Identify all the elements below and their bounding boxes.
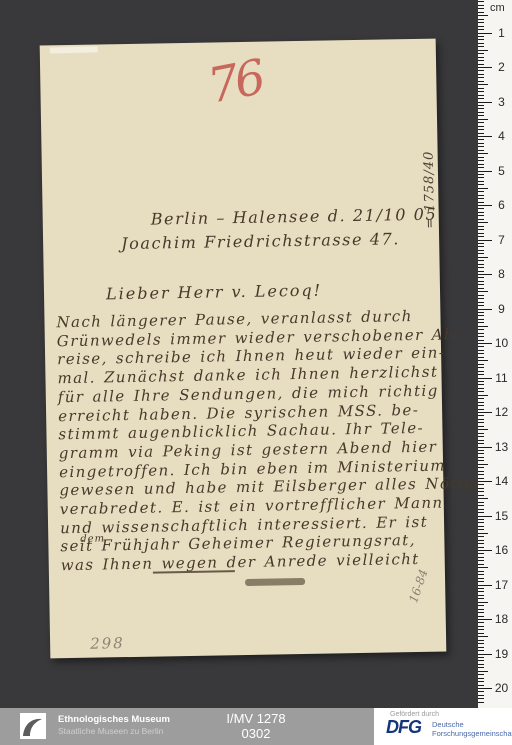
ruler-tick bbox=[478, 384, 484, 385]
paper-edge-sliver bbox=[50, 46, 98, 53]
ruler-tick bbox=[478, 560, 484, 561]
ruler-tick bbox=[478, 495, 484, 496]
ruler-tick bbox=[478, 436, 484, 437]
ruler-number: 10 bbox=[493, 336, 510, 350]
ruler-number: 13 bbox=[493, 440, 510, 454]
ruler-tick bbox=[478, 457, 484, 458]
ruler-tick bbox=[478, 426, 484, 427]
ruler-tick bbox=[478, 660, 484, 661]
ruler-tick bbox=[478, 177, 484, 178]
ruler-tick bbox=[478, 378, 492, 379]
ruler-tick bbox=[478, 340, 484, 341]
ruler-number: 5 bbox=[493, 164, 510, 178]
ruler-tick bbox=[478, 171, 492, 172]
ruler-tick bbox=[478, 250, 484, 251]
ruler-tick bbox=[478, 667, 484, 668]
ruler-tick bbox=[478, 53, 484, 54]
ruler-tick bbox=[478, 219, 484, 220]
ruler-tick bbox=[478, 526, 484, 527]
ruler-tick bbox=[478, 46, 484, 47]
ruler-tick bbox=[478, 574, 484, 575]
ruler-tick bbox=[478, 160, 484, 161]
ruler-tick bbox=[478, 585, 492, 586]
ruler-tick bbox=[478, 277, 484, 278]
ruler-tick bbox=[478, 402, 484, 403]
ruler-tick bbox=[478, 274, 492, 275]
ruler-tick bbox=[478, 591, 484, 592]
ruler-tick bbox=[478, 346, 484, 347]
ruler-tick bbox=[478, 616, 484, 617]
ruler-tick bbox=[478, 702, 484, 703]
ruler-tick bbox=[478, 19, 484, 20]
ruler-tick bbox=[478, 650, 484, 651]
ruler-tick bbox=[478, 519, 484, 520]
ruler-tick bbox=[478, 309, 492, 310]
ruler-tick bbox=[478, 550, 492, 551]
ruler-tick bbox=[478, 371, 484, 372]
ruler-tick bbox=[478, 553, 484, 554]
ruler-tick bbox=[478, 540, 484, 541]
ruler-tick bbox=[478, 633, 484, 634]
ruler-tick bbox=[478, 43, 484, 44]
ruler-tick bbox=[478, 440, 484, 441]
ruler-tick bbox=[478, 243, 484, 244]
ruler-tick bbox=[478, 564, 484, 565]
ruler-tick bbox=[478, 119, 488, 120]
ruler-tick bbox=[478, 419, 484, 420]
ruler-tick bbox=[478, 695, 484, 696]
ruler-number: 9 bbox=[493, 302, 510, 316]
ruler-tick bbox=[478, 57, 484, 58]
ruler-tick bbox=[478, 98, 484, 99]
ruler-tick bbox=[478, 360, 488, 361]
ruler-tick bbox=[478, 305, 484, 306]
ruler-tick bbox=[478, 685, 484, 686]
ruler-tick bbox=[478, 357, 484, 358]
ruler-tick bbox=[478, 226, 484, 227]
ruler-tick bbox=[478, 488, 484, 489]
ruler-tick bbox=[478, 60, 484, 61]
ruler-tick bbox=[478, 453, 484, 454]
ruler-tick bbox=[478, 143, 484, 144]
ruler-number: 12 bbox=[493, 405, 510, 419]
ruler-tick bbox=[478, 516, 492, 517]
ruler-tick bbox=[478, 671, 488, 672]
ruler-tick bbox=[478, 681, 484, 682]
ruler-tick bbox=[478, 184, 484, 185]
ruler-tick bbox=[478, 674, 484, 675]
ruler-tick bbox=[478, 605, 484, 606]
dfg-funding-panel: Gefördert durch DFG Deutsche Forschungsg… bbox=[374, 708, 512, 745]
ruler-tick bbox=[478, 253, 484, 254]
ruler-tick bbox=[478, 88, 484, 89]
ruler-tick bbox=[478, 288, 484, 289]
letter-body: Nach längerer Pause, veranlasst durchGrü… bbox=[56, 306, 453, 575]
ruler-tick bbox=[478, 5, 484, 6]
ruler-tick bbox=[478, 246, 484, 247]
ruler-tick bbox=[478, 74, 484, 75]
ruler-tick bbox=[478, 195, 484, 196]
ruler-tick bbox=[478, 388, 484, 389]
ruler-tick bbox=[478, 284, 484, 285]
ruler-number: 11 bbox=[493, 371, 510, 385]
strikethrough-anrede bbox=[245, 578, 305, 586]
ruler-tick bbox=[478, 443, 484, 444]
ruler-tick bbox=[478, 229, 484, 230]
ruler-tick bbox=[478, 409, 484, 410]
ruler-tick bbox=[478, 126, 484, 127]
ruler-tick bbox=[478, 447, 492, 448]
ruler-tick bbox=[478, 146, 484, 147]
ruler-tick bbox=[478, 39, 484, 40]
ruler-tick bbox=[478, 181, 484, 182]
ruler-tick bbox=[478, 84, 488, 85]
ruler-number: 4 bbox=[493, 129, 510, 143]
ruler-tick bbox=[478, 636, 488, 637]
ruler-tick bbox=[478, 191, 484, 192]
ruler-tick bbox=[478, 543, 484, 544]
ruler-tick bbox=[478, 433, 484, 434]
ruler-tick bbox=[478, 22, 484, 23]
ruler-tick bbox=[478, 654, 492, 655]
ruler-tick bbox=[478, 343, 492, 344]
letter-place-date: Berlin – Halensee d. 21/10 05 bbox=[151, 205, 438, 229]
ruler-tick bbox=[478, 657, 484, 658]
ruler-tick bbox=[478, 240, 492, 241]
ruler-tick bbox=[478, 678, 484, 679]
ruler-tick bbox=[478, 257, 488, 258]
ruler-tick bbox=[478, 64, 484, 65]
letter-address: Joachim Friedrichstrasse 47. bbox=[121, 229, 400, 253]
ruler-number: 19 bbox=[493, 647, 510, 661]
ruler-tick bbox=[478, 484, 484, 485]
ruler-tick bbox=[478, 212, 484, 213]
ruler-number: 16 bbox=[493, 543, 510, 557]
ruler-tick bbox=[478, 302, 484, 303]
pencil-note-bottom-right: 16-84 bbox=[406, 567, 430, 604]
ruler-tick bbox=[478, 67, 492, 68]
ruler-tick bbox=[478, 474, 484, 475]
ruler-tick bbox=[478, 398, 484, 399]
ruler-tick bbox=[478, 536, 484, 537]
ruler-number: 20 bbox=[493, 681, 510, 695]
ruler-number: 18 bbox=[493, 612, 510, 626]
dfg-name-line1: Deutsche bbox=[432, 720, 512, 729]
ruler-tick bbox=[478, 353, 484, 354]
pencil-note-298: 298 bbox=[90, 634, 125, 653]
ruler-tick bbox=[478, 336, 484, 337]
ruler-tick bbox=[478, 77, 484, 78]
ruler-number: 15 bbox=[493, 509, 510, 523]
ruler-tick bbox=[478, 15, 488, 16]
ruler-tick bbox=[478, 260, 484, 261]
ruler-tick bbox=[478, 271, 484, 272]
ruler-tick bbox=[478, 664, 484, 665]
ruler-tick bbox=[478, 581, 484, 582]
ruler-tick bbox=[478, 326, 488, 327]
ruler-tick bbox=[478, 133, 484, 134]
scan-viewer: 76 = 1758/40 Berlin – Halensee d. 21/10 … bbox=[0, 0, 512, 745]
ruler-tick bbox=[478, 364, 484, 365]
ruler-tick bbox=[478, 505, 484, 506]
dfg-name-line2: Forschungsgemeinschaft bbox=[432, 729, 512, 738]
ruler-tick bbox=[478, 698, 484, 699]
ruler-tick bbox=[478, 198, 484, 199]
ruler-tick bbox=[478, 291, 488, 292]
ruler-tick bbox=[478, 36, 484, 37]
ruler-tick bbox=[478, 622, 484, 623]
ruler-tick bbox=[478, 8, 484, 9]
ruler-tick bbox=[478, 50, 488, 51]
ruler-unit-label: cm bbox=[490, 2, 505, 14]
ruler-tick bbox=[478, 205, 492, 206]
ruler-number: 1 bbox=[493, 26, 510, 40]
ruler-tick bbox=[478, 319, 484, 320]
ruler-tick bbox=[478, 643, 484, 644]
ruler-tick bbox=[478, 112, 484, 113]
ruler-tick bbox=[478, 108, 484, 109]
ruler-tick bbox=[478, 188, 488, 189]
ruler-tick bbox=[478, 350, 484, 351]
ruler-tick bbox=[478, 450, 484, 451]
ruler-tick bbox=[478, 164, 484, 165]
ruler-tick bbox=[478, 1, 484, 2]
ruler-tick bbox=[478, 640, 484, 641]
ruler-tick bbox=[478, 509, 484, 510]
ruler-tick bbox=[478, 95, 484, 96]
ruler-tick bbox=[478, 529, 484, 530]
ruler-tick bbox=[478, 619, 492, 620]
dfg-logo: DFG bbox=[386, 717, 421, 738]
ruler-tick bbox=[478, 467, 484, 468]
ruler-tick bbox=[478, 367, 484, 368]
ruler-number: 17 bbox=[493, 578, 510, 592]
ruler-tick bbox=[478, 122, 484, 123]
ruler-tick bbox=[478, 70, 484, 71]
ruler-tick bbox=[478, 81, 484, 82]
ruler-number: 3 bbox=[493, 95, 510, 109]
ruler-tick bbox=[478, 12, 484, 13]
ruler-tick bbox=[478, 391, 484, 392]
ruler-tick bbox=[478, 153, 488, 154]
ruler-tick bbox=[478, 460, 484, 461]
ruler-tick bbox=[478, 102, 492, 103]
ruler-tick bbox=[478, 139, 484, 140]
ruler-tick bbox=[478, 595, 484, 596]
ruler-tick bbox=[478, 91, 484, 92]
ruler-tick bbox=[478, 174, 484, 175]
ruler-tick bbox=[478, 567, 488, 568]
ruler-tick bbox=[478, 422, 484, 423]
archive-page-number-red: 76 bbox=[203, 50, 266, 115]
ruler-tick bbox=[478, 522, 484, 523]
ruler-tick bbox=[478, 481, 492, 482]
ruler-tick bbox=[478, 571, 484, 572]
ruler-tick bbox=[478, 136, 492, 137]
ruler-tick bbox=[478, 150, 484, 151]
ruler-tick bbox=[478, 478, 484, 479]
ruler-tick bbox=[478, 609, 484, 610]
ruler-tick bbox=[478, 512, 484, 513]
ruler-tick bbox=[478, 602, 488, 603]
ruler-tick bbox=[478, 557, 484, 558]
letter-insertion-word: dem bbox=[80, 533, 105, 544]
ruler-tick bbox=[478, 547, 484, 548]
ruler-tick bbox=[478, 222, 488, 223]
ruler-tick bbox=[478, 267, 484, 268]
ruler-tick bbox=[478, 464, 488, 465]
ruler-tick bbox=[478, 578, 484, 579]
ruler-tick bbox=[478, 105, 484, 106]
ruler-number: 8 bbox=[493, 267, 510, 281]
ruler-tick bbox=[478, 322, 484, 323]
ruler-tick bbox=[478, 412, 492, 413]
ruler-tick bbox=[478, 264, 484, 265]
ruler-tick bbox=[478, 429, 488, 430]
letter-page: 76 = 1758/40 Berlin – Halensee d. 21/10 … bbox=[40, 39, 447, 659]
ruler-tick bbox=[478, 415, 484, 416]
ruler-tick bbox=[478, 233, 484, 234]
ruler-tick bbox=[478, 333, 484, 334]
ruler-tick bbox=[478, 29, 484, 30]
ruler-tick bbox=[478, 374, 484, 375]
ruler-tick bbox=[478, 208, 484, 209]
archive-footer-bar: Ethnologisches Museum Staatliche Museen … bbox=[0, 708, 512, 745]
ruler-tick bbox=[478, 236, 484, 237]
cm-ruler: cm 1234567891011121314151617181920 bbox=[478, 0, 512, 708]
ruler-tick bbox=[478, 598, 484, 599]
ruler-tick bbox=[478, 215, 484, 216]
ruler-tick bbox=[478, 315, 484, 316]
ruler-tick bbox=[478, 202, 484, 203]
ruler-tick bbox=[478, 33, 492, 34]
ruler-tick bbox=[478, 502, 484, 503]
ruler-number: 6 bbox=[493, 198, 510, 212]
letter-salutation: Lieber Herr v. Lecoq! bbox=[106, 281, 322, 304]
ruler-tick bbox=[478, 629, 484, 630]
dfg-name: Deutsche Forschungsgemeinschaft bbox=[432, 720, 512, 738]
ruler-tick bbox=[478, 612, 484, 613]
ruler-tick bbox=[478, 471, 484, 472]
ruler-tick bbox=[478, 312, 484, 313]
ruler-tick bbox=[478, 626, 484, 627]
ruler-tick bbox=[478, 115, 484, 116]
ruler-tick bbox=[478, 26, 484, 27]
ruler-tick bbox=[478, 381, 484, 382]
ruler-tick bbox=[478, 647, 484, 648]
ruler-tick bbox=[478, 533, 488, 534]
ruler-number: 7 bbox=[493, 233, 510, 247]
ruler-tick bbox=[478, 167, 484, 168]
ruler-tick bbox=[478, 405, 484, 406]
ruler-tick bbox=[478, 691, 484, 692]
ruler-tick bbox=[478, 295, 484, 296]
ruler-tick bbox=[478, 129, 484, 130]
ruler-tick bbox=[478, 329, 484, 330]
ruler-tick bbox=[478, 157, 484, 158]
ruler-tick bbox=[478, 588, 484, 589]
ruler-tick bbox=[478, 688, 492, 689]
ruler-number: 14 bbox=[493, 474, 510, 488]
ruler-tick bbox=[478, 298, 484, 299]
ruler-number: 2 bbox=[493, 60, 510, 74]
ruler-tick bbox=[478, 491, 484, 492]
ruler-tick bbox=[478, 498, 488, 499]
ruler-tick bbox=[478, 281, 484, 282]
ruler-tick bbox=[478, 395, 488, 396]
